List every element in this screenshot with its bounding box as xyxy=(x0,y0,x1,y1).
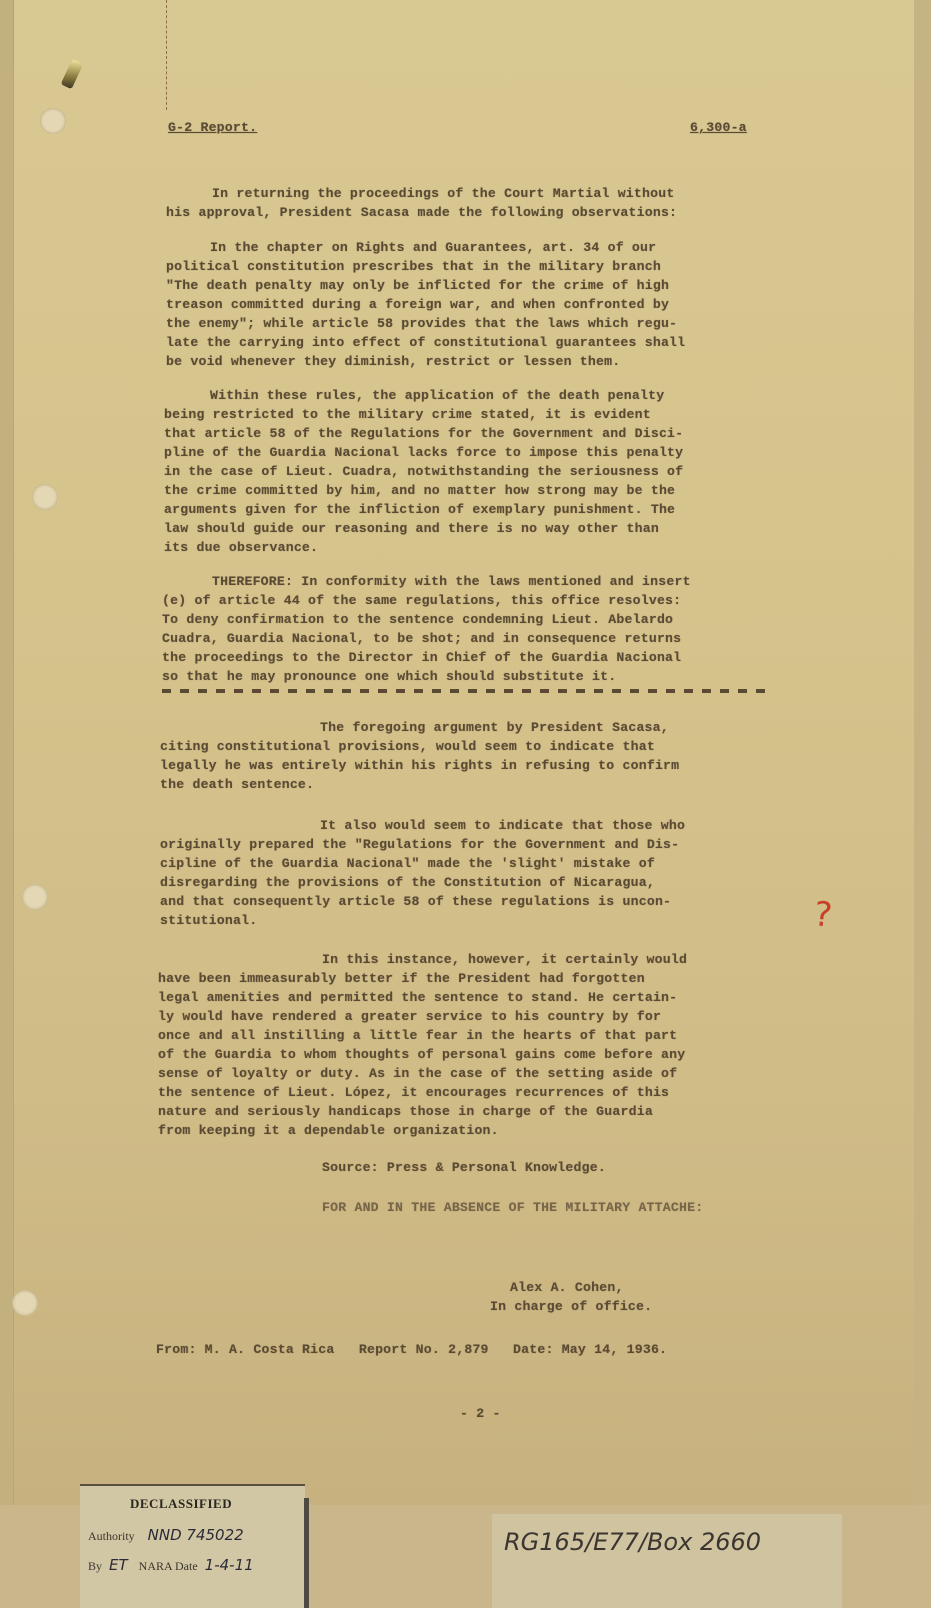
paragraph-line: the enemy"; while article 58 provides th… xyxy=(166,314,677,333)
paragraph-line: Cuadra, Guardia Nacional, to be shot; an… xyxy=(162,629,681,648)
paragraph-line: "The death penalty may only be inflicted… xyxy=(166,276,669,295)
paragraph-line: The foregoing argument by President Saca… xyxy=(320,718,669,737)
fold-line xyxy=(166,0,168,110)
paragraph-line: have been immeasurably better if the Pre… xyxy=(158,969,645,988)
paragraph-line: law should guide our reasoning and there… xyxy=(164,519,659,538)
punch-hole-icon xyxy=(22,884,48,910)
page-number: - 2 - xyxy=(460,1404,501,1423)
nara-date-label: NARA Date xyxy=(139,1559,198,1573)
section-divider-dashes xyxy=(162,689,772,693)
paragraph-line: sense of loyalty or duty. As in the case… xyxy=(158,1064,677,1083)
paragraph-line: in the case of Lieut. Cuadra, notwithsta… xyxy=(164,462,683,481)
paragraph-line: political constitution prescribes that i… xyxy=(166,257,661,276)
paragraph-line: legally he was entirely within his right… xyxy=(160,756,679,775)
paragraph-line: late the carrying into effect of constit… xyxy=(166,333,685,352)
paragraph-line: of the Guardia to whom thoughts of perso… xyxy=(158,1045,685,1064)
paragraph-line: the crime committed by him, and no matte… xyxy=(164,481,675,500)
source-line: Source: Press & Personal Knowledge. xyxy=(322,1158,606,1177)
paragraph-line: being restricted to the military crime s… xyxy=(164,405,651,424)
punch-hole-icon xyxy=(32,484,58,510)
paragraph-line: originally prepared the "Regulations for… xyxy=(160,835,679,854)
paragraph-line: its due observance. xyxy=(164,538,318,557)
paragraph-line: so that he may pronounce one which shoul… xyxy=(162,667,616,686)
paragraph-line: treason committed during a foreign war, … xyxy=(166,295,669,314)
declassified-stamp: DECLASSIFIED Authority NND 745022 By ET … xyxy=(80,1484,305,1608)
paragraph-line: cipline of the Guardia Nacional" made th… xyxy=(160,854,655,873)
paragraph-line: citing constitutional provisions, would … xyxy=(160,737,655,756)
paragraph-line: In this instance, however, it certainly … xyxy=(322,950,687,969)
paragraph-line: arguments given for the infliction of ex… xyxy=(164,500,675,519)
right-page-edge xyxy=(914,0,931,1505)
paragraph-line: To deny confirmation to the sentence con… xyxy=(162,610,673,629)
paragraph-line: the proceedings to the Director in Chief… xyxy=(162,648,681,667)
authority-value: NND 745022 xyxy=(148,1526,244,1544)
paragraph-line: (e) of article 44 of the same regulation… xyxy=(162,591,681,610)
paragraph-line: In the chapter on Rights and Guarantees,… xyxy=(210,238,656,257)
paragraph-line: ly would have rendered a greater service… xyxy=(158,1007,661,1026)
paragraph-line: that article 58 of the Regulations for t… xyxy=(164,424,683,443)
by-value: ET xyxy=(109,1556,128,1574)
nara-date-value: 1-4-11 xyxy=(205,1556,254,1574)
signature-title: In charge of office. xyxy=(490,1297,652,1316)
report-header-left: G-2 Report. xyxy=(168,118,257,137)
signature-name: Alex A. Cohen, xyxy=(510,1278,624,1297)
paragraph-line: disregarding the provisions of the Const… xyxy=(160,873,655,892)
paragraph-line: be void whenever they diminish, restrict… xyxy=(166,352,620,371)
punch-hole-icon xyxy=(12,1290,38,1316)
paragraph-line: nature and seriously handicaps those in … xyxy=(158,1102,653,1121)
paragraph-line: stitutional. xyxy=(160,911,257,930)
paragraph-line: from keeping it a dependable organizatio… xyxy=(158,1121,499,1140)
paragraph-line: the sentence of Lieut. López, it encoura… xyxy=(158,1083,669,1102)
paragraph-line: It also would seem to indicate that thos… xyxy=(320,816,685,835)
paragraph-line: his approval, President Sacasa made the … xyxy=(166,203,677,222)
paragraph-line: pline of the Guardia Nacional lacks forc… xyxy=(164,443,683,462)
stamp-divider xyxy=(304,1498,309,1608)
paragraph-line: In returning the proceedings of the Cour… xyxy=(212,184,675,203)
report-file-number: 6,300-a xyxy=(690,118,747,137)
punch-hole-icon xyxy=(40,108,66,134)
archive-location-text: RG165/E77/Box 2660 xyxy=(504,1528,761,1556)
paragraph-line: once and all instilling a little fear in… xyxy=(158,1026,677,1045)
paragraph-line: THEREFORE: In conformity with the laws m… xyxy=(212,572,691,591)
paragraph-line: Within these rules, the application of t… xyxy=(210,386,664,405)
declassified-title: DECLASSIFIED xyxy=(130,1496,232,1512)
authority-label: Authority xyxy=(88,1529,135,1543)
paragraph-line: and that consequently article 58 of thes… xyxy=(160,892,671,911)
by-label: By xyxy=(88,1559,102,1573)
paragraph-line: the death sentence. xyxy=(160,775,314,794)
for-military-attache-line: FOR AND IN THE ABSENCE OF THE MILITARY A… xyxy=(322,1198,703,1217)
left-page-edge xyxy=(0,0,14,1505)
archive-location-note: RG165/E77/Box 2660 xyxy=(492,1514,842,1608)
paragraph-line: legal amenities and permitted the senten… xyxy=(158,988,677,1007)
report-footer-line: From: M. A. Costa Rica Report No. 2,879 … xyxy=(156,1340,667,1359)
